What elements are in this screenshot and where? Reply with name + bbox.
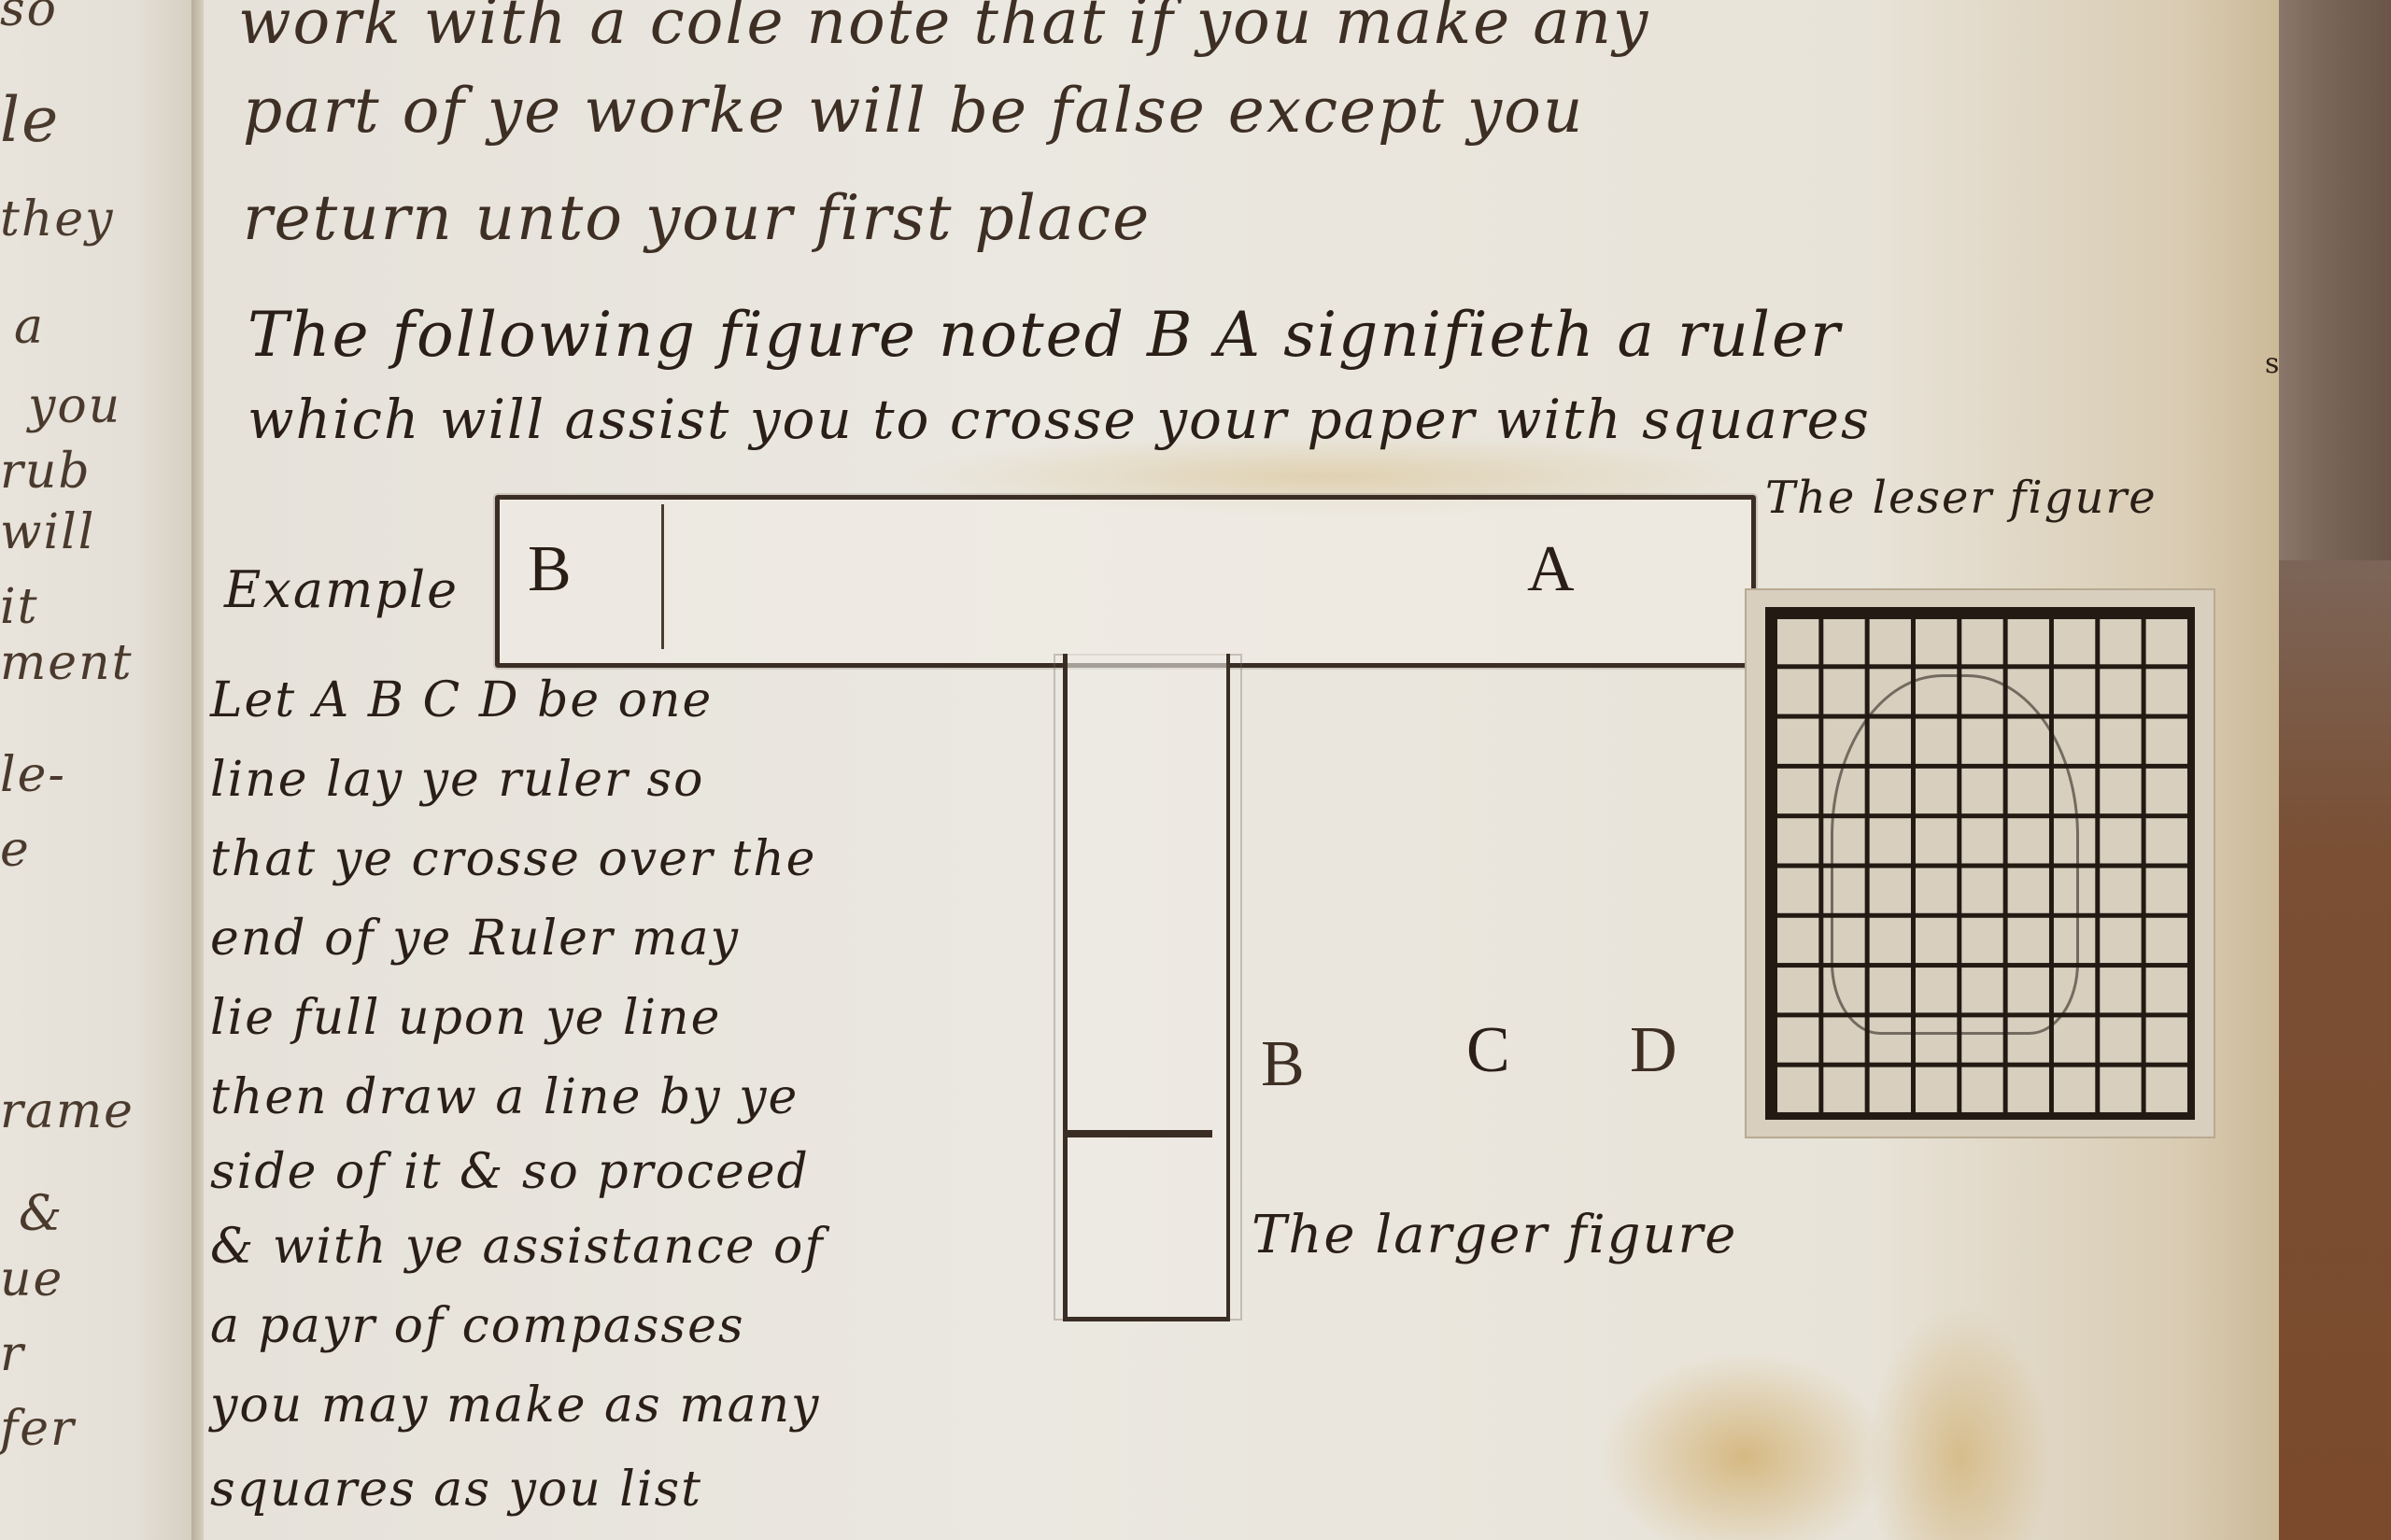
facing-fragment: you [28,378,121,434]
ruler-label-a: A [1527,532,1577,607]
facing-fragment: ment [0,635,133,691]
instruction-line: you may make as many [210,1378,820,1434]
ruler-stem-mark [1068,1130,1212,1137]
instruction-line: lie full upon ye line [210,990,721,1046]
line-label-d: D [1630,1013,1679,1088]
facing-fragment: rub [0,444,92,500]
facing-fragment: e [0,822,31,878]
wooden-frame-lower [2279,560,2391,1540]
instruction-line: end of ye Ruler may [210,911,740,967]
facing-fragment: it [0,579,39,635]
instruction-line: that ye crosse over the [210,831,816,887]
main-line-2: part of ye worke will be false except yo… [243,75,1584,147]
main-line-4: The following figure noted B A signifiet… [248,299,1842,371]
main-line-5: which will assist you to crosse your pap… [248,388,1871,451]
facing-fragment: ue [0,1251,64,1307]
ruler-stem [1063,654,1230,1321]
lesser-figure-grid [1745,588,2215,1138]
lesser-figure-caption: The leser figure [1765,472,2158,524]
facing-fragment: so [0,0,58,37]
facing-fragment: a [14,299,45,355]
facing-fragment: fer [0,1401,76,1457]
instruction-line: & with ye assistance of [210,1219,825,1275]
main-line-3: return unto your first place [243,182,1151,254]
main-line-1: work with a cole note that if you make a… [238,0,1649,58]
facing-fragment: & [19,1186,64,1242]
instruction-line: squares as you list [210,1462,702,1518]
line-label-b: B [1261,1027,1307,1102]
ruler-label-b: B [528,532,573,607]
example-label: Example [224,560,459,619]
figure-sketch [1831,674,2079,1035]
facing-fragment: le- [0,747,66,803]
instruction-line: side of it & so proceed [210,1144,810,1200]
facing-fragment: they [0,191,115,247]
facing-fragment: r [0,1326,25,1382]
facing-fragment: le [0,84,60,156]
instruction-line: Let A B C D be one [210,672,713,728]
larger-figure-caption: The larger figure [1252,1205,1737,1265]
instruction-line: a payr of compasses [210,1298,745,1354]
instruction-line: then draw a line by ye [210,1069,799,1125]
facing-fragment: will [0,504,95,560]
superscript-s: s [2265,347,2281,380]
line-label-c: C [1466,1013,1512,1088]
instruction-line: line lay ye ruler so [210,752,704,808]
facing-fragment: rame [0,1083,134,1139]
ruler-divider [661,504,664,649]
